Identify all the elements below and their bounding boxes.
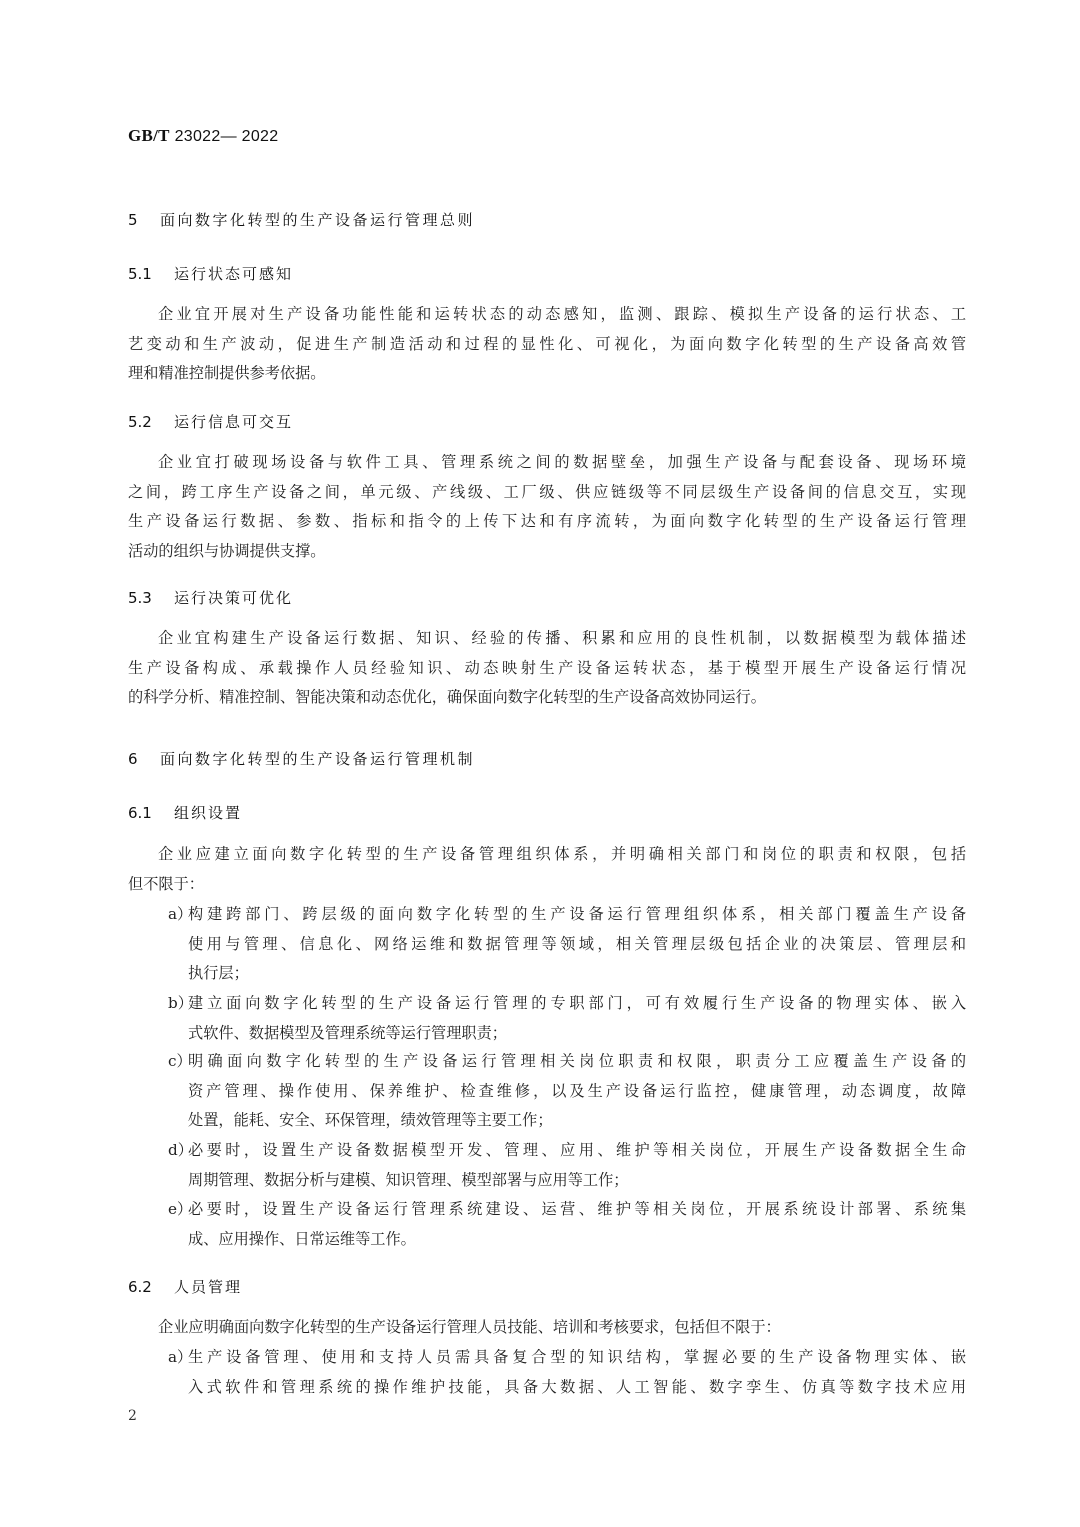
section-6-2-heading: 6.2人员管理 [128,1276,242,1297]
section-5-heading: 5面向数字化转型的生产设备运行管理总则 [128,209,475,230]
section-5-2-heading: 5.2运行信息可交互 [128,411,293,432]
standard-number: 23022— 2022 [175,128,279,145]
section-6-1-heading: 6.1组织设置 [128,802,242,823]
page-number: 2 [128,1408,137,1424]
standard-code: GB/T [128,126,170,145]
document-page: GB/T 23022— 2022 5面向数字化转型的生产设备运行管理总则 5.1… [0,0,1080,1527]
list-item: d） 必要时，设置生产设备数据模型开发、管理、应用、维护等相关岗位，开展生产设备… [128,1136,966,1195]
list-item: a） 生产设备管理、使用和支持人员需具备复合型的知识结构，掌握必要的生产设备物理… [128,1343,966,1402]
section-5-1-paragraph: 企业宜开展对生产设备功能性能和运转状态的动态感知，监测、跟踪、模拟生产设备的运行… [128,300,966,389]
section-5-1-heading: 5.1运行状态可感知 [128,263,293,284]
section-5-2-paragraph: 企业宜打破现场设备与软件工具、管理系统之间的数据壁垒，加强生产设备与配套设备、现… [128,448,966,566]
section-5-3-heading: 5.3运行决策可优化 [128,587,293,608]
standard-header: GB/T 23022— 2022 [128,126,278,146]
section-6-heading: 6面向数字化转型的生产设备运行管理机制 [128,748,475,769]
section-5-3-paragraph: 企业宜构建生产设备运行数据、知识、经验的传播、积累和应用的良性机制，以数据模型为… [128,624,966,713]
list-item: e） 必要时，设置生产设备运行管理系统建设、运营、维护等相关岗位，开展系统设计部… [128,1195,966,1254]
section-6-1-paragraph: 企业应建立面向数字化转型的生产设备管理组织体系，并明确相关部门和岗位的职责和权限… [128,840,966,899]
list-item: b） 建立面向数字化转型的生产设备运行管理的专职部门，可有效履行生产设备的物理实… [128,989,966,1048]
section-6-2-paragraph: 企业应明确面向数字化转型的生产设备运行管理人员技能、培训和考核要求，包括但不限于… [128,1313,966,1343]
list-item: c） 明确面向数字化转型的生产设备运行管理相关岗位职责和权限，职责分工应覆盖生产… [128,1047,966,1136]
list-item: a） 构建跨部门、跨层级的面向数字化转型的生产设备运行管理组织体系，相关部门覆盖… [128,900,966,989]
